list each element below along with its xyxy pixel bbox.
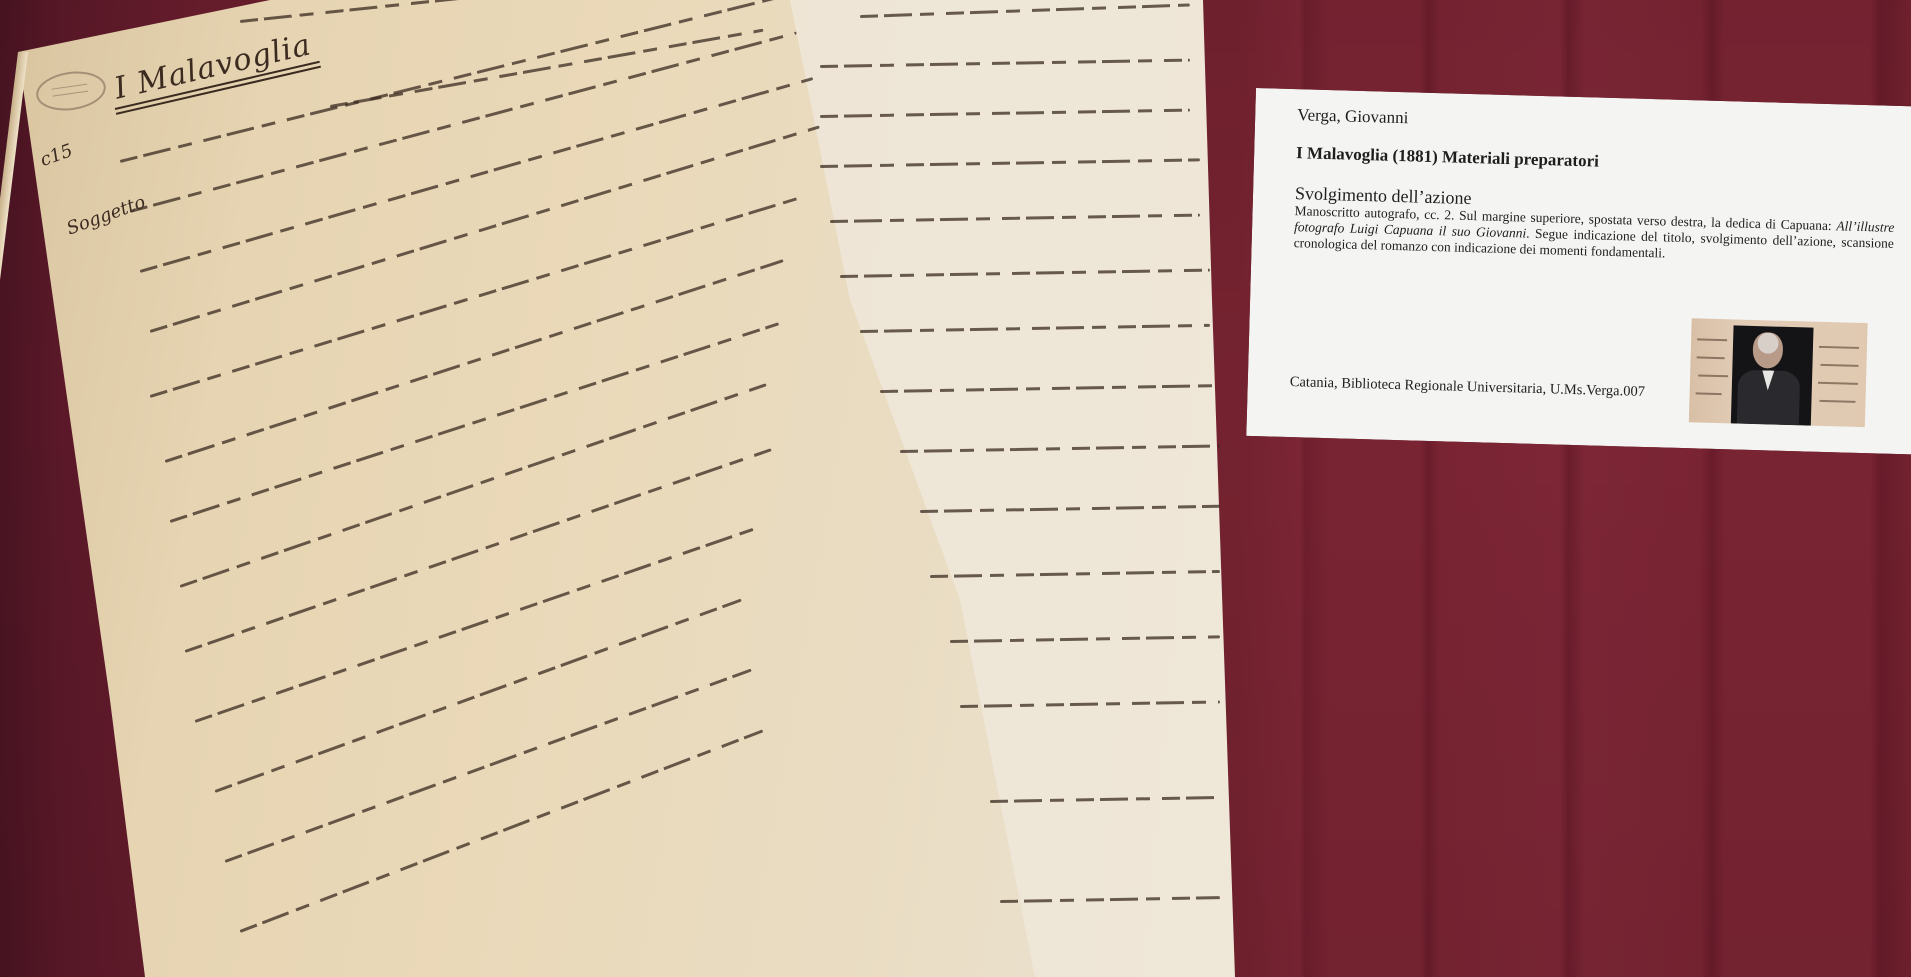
label-author: Verga, Giovanni <box>1297 105 1897 142</box>
handwritten-text <box>0 0 1245 977</box>
label-footer: Catania, Biblioteca Regionale Universita… <box>1290 374 1646 401</box>
label-title: I Malavoglia (1881) Materiali preparator… <box>1296 143 1896 180</box>
exhibit-label-card: Verga, Giovanni I Malavoglia (1881) Mate… <box>1246 88 1911 455</box>
portrait-icon <box>1689 318 1868 427</box>
manuscript: I Malavoglia c15 Soggetto <box>0 0 1245 977</box>
